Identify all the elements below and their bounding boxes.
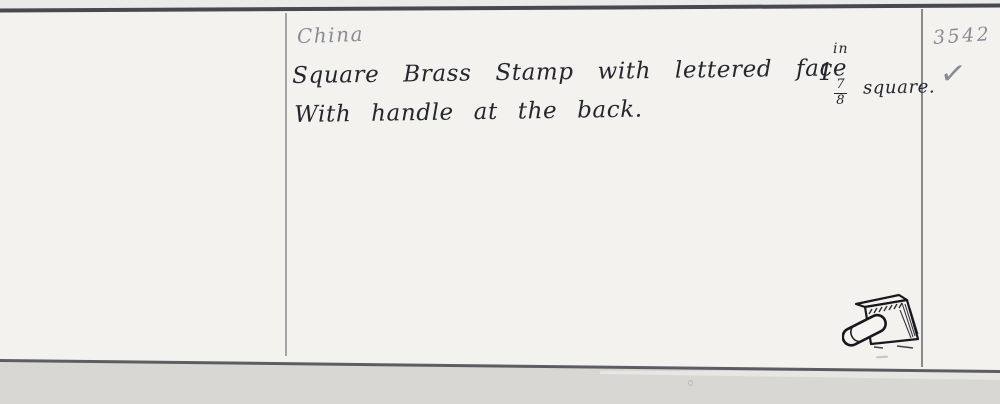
fraction-numerator: 7 xyxy=(834,78,846,94)
fraction-denominator: 8 xyxy=(836,94,844,109)
sketch-base-shadow xyxy=(874,346,913,348)
dimension-whole: 1 xyxy=(818,58,833,86)
region-label: China xyxy=(297,22,365,48)
dimension-fraction: 78 xyxy=(834,78,846,109)
scanned-catalogue-card: China Square Brass Stamp with lettered f… xyxy=(0,0,1000,404)
catalogue-number: 3542 xyxy=(932,23,992,49)
description-line2: With handle at the back. xyxy=(294,97,643,128)
dimension: in178 xyxy=(818,58,847,109)
card-bottom-sliver xyxy=(600,371,1000,380)
dust-speck xyxy=(688,380,693,386)
dimension-unit: in xyxy=(833,41,849,57)
stamp-with-handle-sketch-icon xyxy=(842,290,928,358)
checkmark: ✓ xyxy=(938,55,968,94)
description-line1-tail: square. xyxy=(863,76,936,98)
